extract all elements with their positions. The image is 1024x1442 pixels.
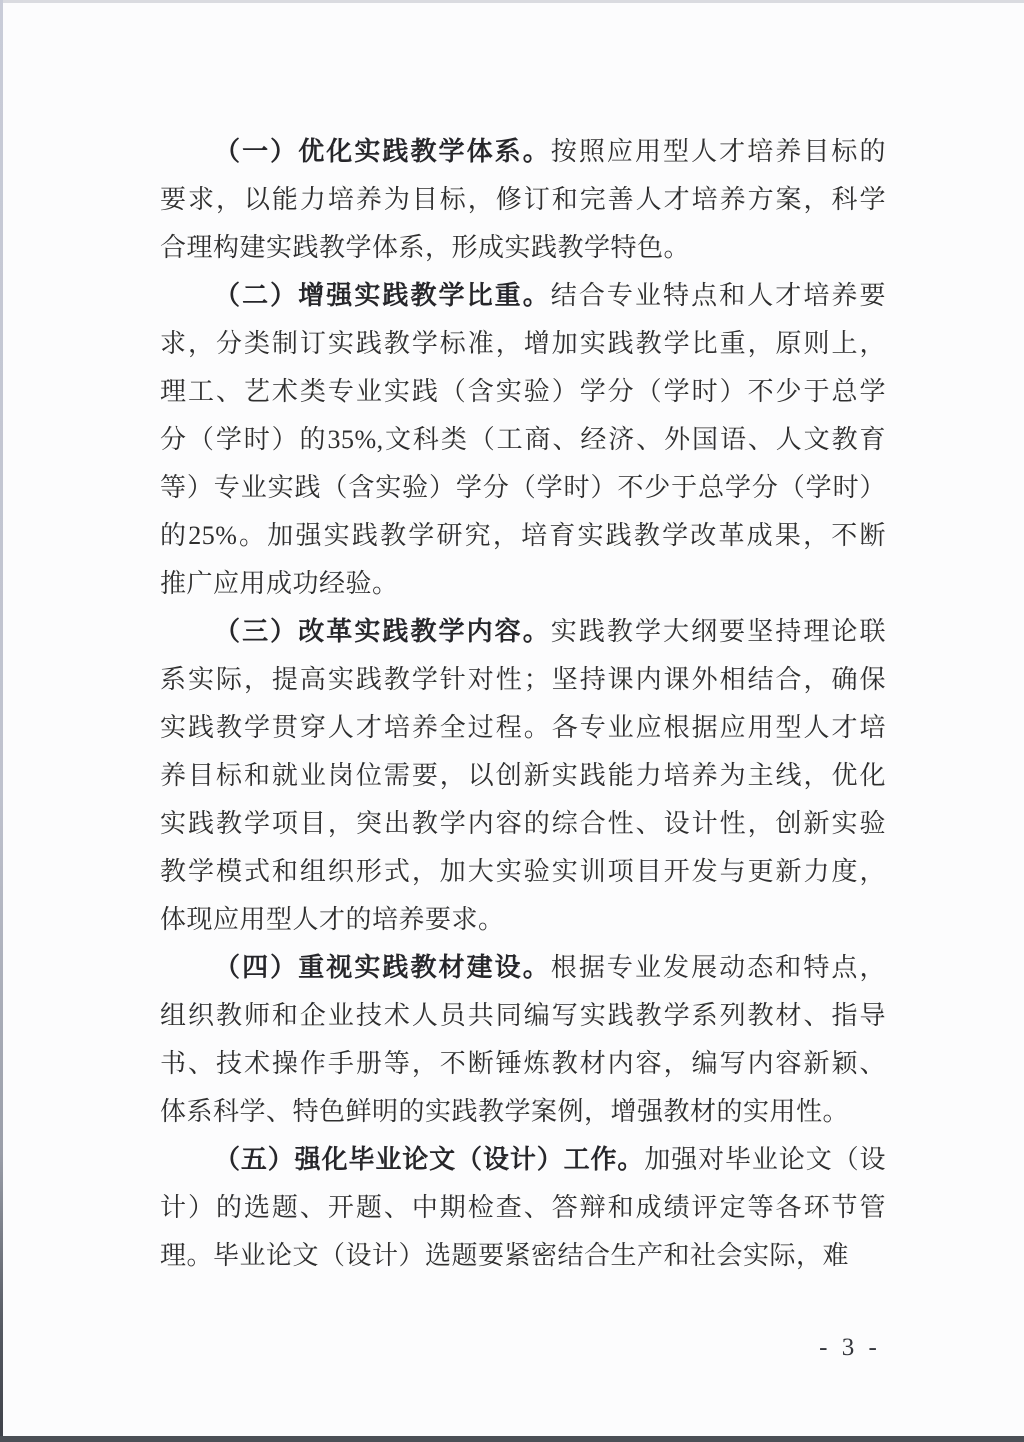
text-line: 组织教师和企业技术人员共同编写实践教学系列教材、指导 — [160, 992, 886, 1040]
paragraph-3: （三）改革实践教学内容。实践教学大纲要坚持理论联系实际，提高实践教学针对性；坚持… — [160, 608, 886, 944]
text-line: 合理构建实践教学体系，形成实践教学特色。 — [160, 224, 886, 272]
paragraph-5: （五）强化毕业论文（设计）工作。加强对毕业论文（设计）的选题、开题、中期检查、答… — [160, 1136, 886, 1280]
scan-edge-top — [0, 0, 1024, 3]
text-line: 的25%。加强实践教学研究，培育实践教学改革成果，不断 — [160, 512, 886, 560]
text-line: 等）专业实践（含实验）学分（学时）不少于总学分（学时） — [160, 464, 886, 512]
paragraph-lead: （一）优化实践教学体系。 — [214, 137, 551, 166]
text-line: 体现应用型人才的培养要求。 — [160, 896, 886, 944]
document-text-body: （一）优化实践教学体系。按照应用型人才培养目标的要求，以能力培养为目标，修订和完… — [160, 128, 886, 1280]
text-line: （四）重视实践教材建设。根据专业发展动态和特点， — [160, 944, 886, 992]
text-line: （二）增强实践教学比重。结合专业特点和人才培养要 — [160, 272, 886, 320]
text-line: 体系科学、特色鲜明的实践教学案例，增强教材的实用性。 — [160, 1088, 886, 1136]
text-line: 理。毕业论文（设计）选题要紧密结合生产和社会实际，难 — [160, 1232, 886, 1280]
text-line: 实践教学项目，突出教学内容的综合性、设计性，创新实验 — [160, 800, 886, 848]
text-line: 书、技术操作手册等，不断锤炼教材内容，编写内容新颖、 — [160, 1040, 886, 1088]
text-line: 求，分类制订实践教学标准，增加实践教学比重，原则上， — [160, 320, 886, 368]
scan-edge-left — [0, 0, 3, 1442]
text-line: （五）强化毕业论文（设计）工作。加强对毕业论文（设 — [160, 1136, 886, 1184]
text-line: 教学模式和组织形式，加大实验实训项目开发与更新力度， — [160, 848, 886, 896]
text-line: 理工、艺术类专业实践（含实验）学分（学时）不少于总学 — [160, 368, 886, 416]
text-line: 要求，以能力培养为目标，修订和完善人才培养方案，科学 — [160, 176, 886, 224]
text-line: （一）优化实践教学体系。按照应用型人才培养目标的 — [160, 128, 886, 176]
text-line: 系实际，提高实践教学针对性；坚持课内课外相结合，确保 — [160, 656, 886, 704]
scanned-document-page: （一）优化实践教学体系。按照应用型人才培养目标的要求，以能力培养为目标，修订和完… — [0, 0, 1024, 1442]
paragraph-lead: （五）强化毕业论文（设计）工作。 — [214, 1145, 644, 1174]
page-number: - 3 - — [800, 1334, 900, 1362]
scan-edge-bottom — [0, 1436, 1024, 1442]
paragraph-lead: （三）改革实践教学内容。 — [214, 617, 551, 646]
text-line: 推广应用成功经验。 — [160, 560, 886, 608]
paragraph-2: （二）增强实践教学比重。结合专业特点和人才培养要求，分类制订实践教学标准，增加实… — [160, 272, 886, 608]
paragraph-4: （四）重视实践教材建设。根据专业发展动态和特点，组织教师和企业技术人员共同编写实… — [160, 944, 886, 1136]
text-line: 分（学时）的35%,文科类（工商、经济、外国语、人文教育 — [160, 416, 886, 464]
text-line: 实践教学贯穿人才培养全过程。各专业应根据应用型人才培 — [160, 704, 886, 752]
text-line: 计）的选题、开题、中期检查、答辩和成绩评定等各环节管 — [160, 1184, 886, 1232]
text-line: 养目标和就业岗位需要，以创新实践能力培养为主线，优化 — [160, 752, 886, 800]
paragraph-lead: （四）重视实践教材建设。 — [214, 953, 551, 982]
text-line: （三）改革实践教学内容。实践教学大纲要坚持理论联 — [160, 608, 886, 656]
paragraph-1: （一）优化实践教学体系。按照应用型人才培养目标的要求，以能力培养为目标，修订和完… — [160, 128, 886, 272]
paragraph-lead: （二）增强实践教学比重。 — [214, 281, 551, 310]
